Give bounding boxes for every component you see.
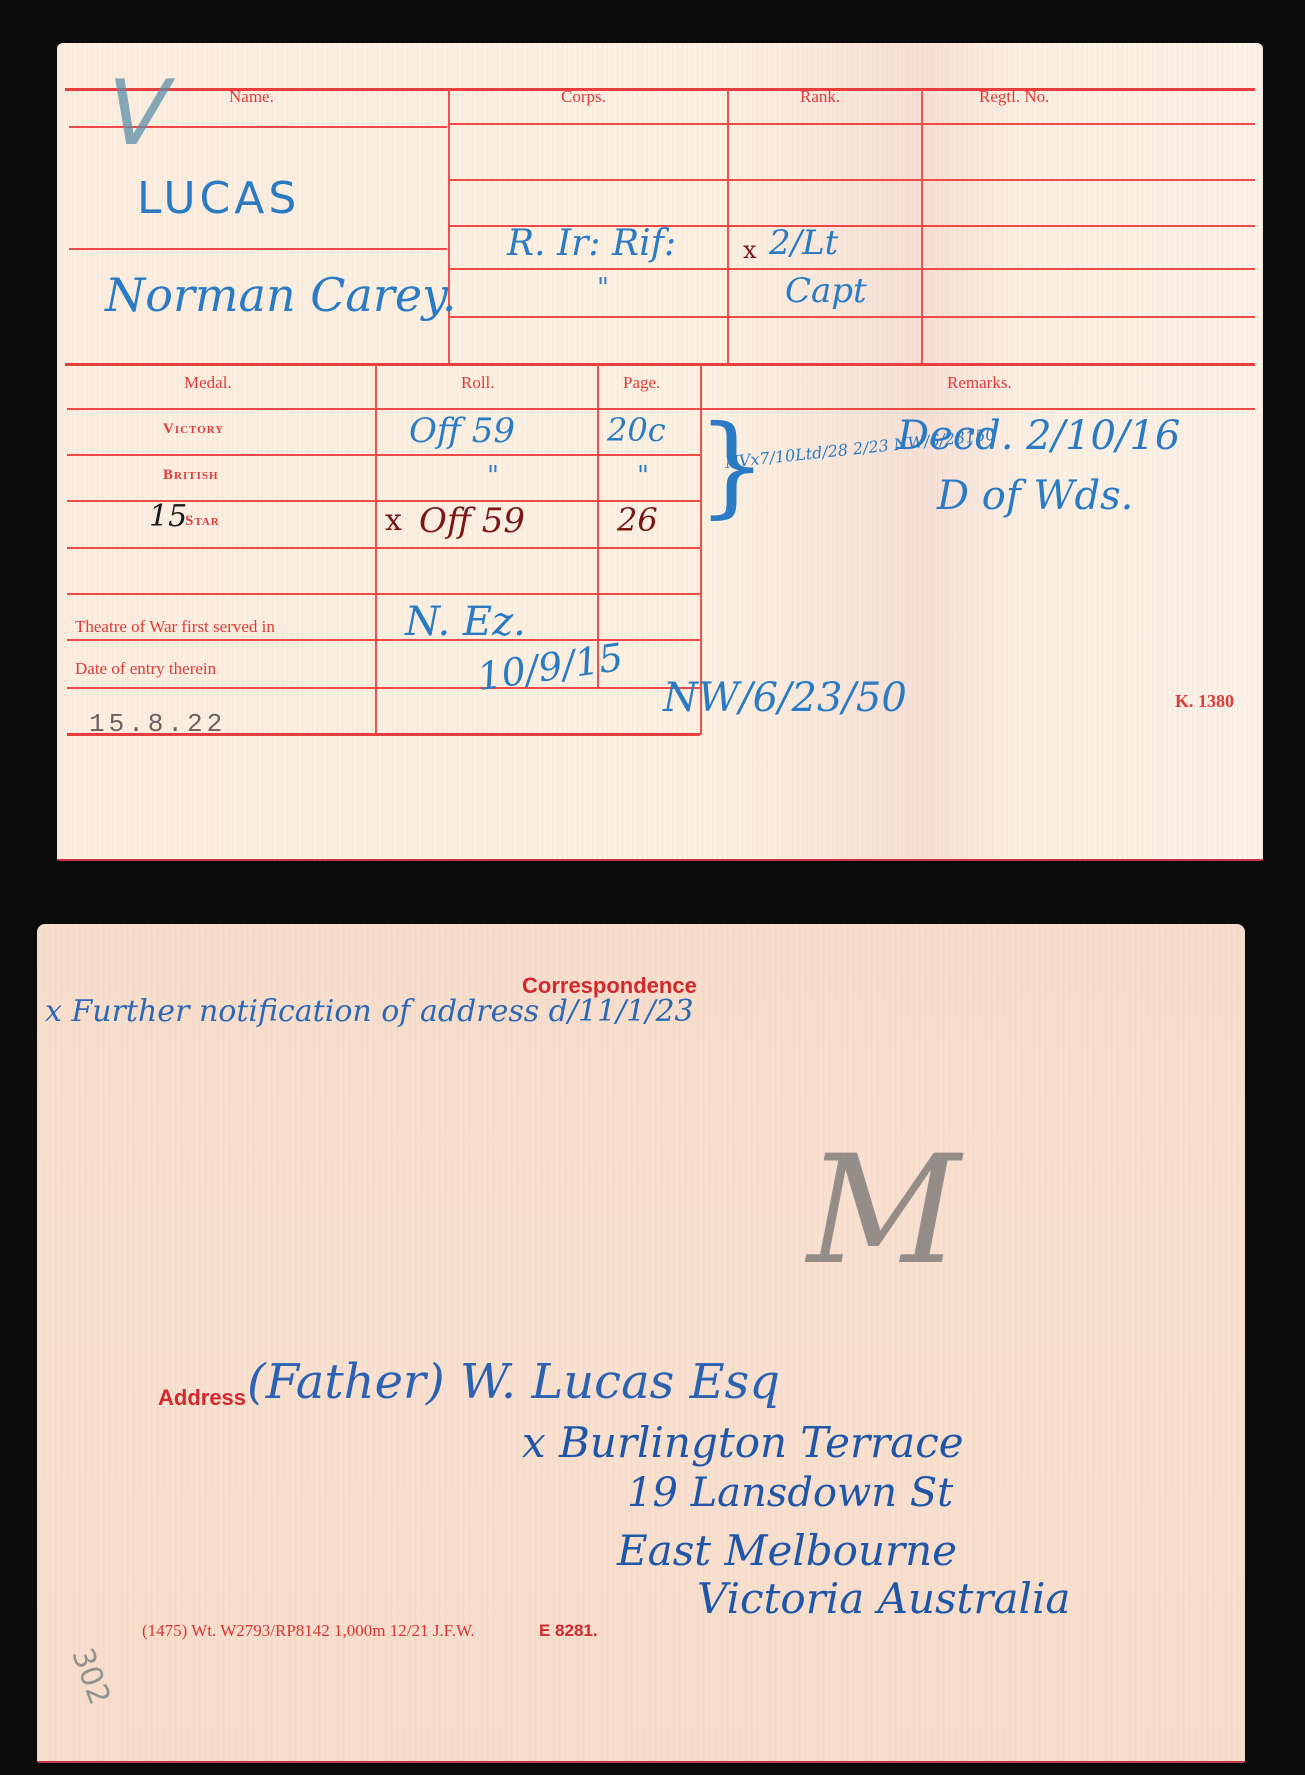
medal-star: Star (185, 513, 220, 530)
medal-star-page: 26 (617, 501, 658, 539)
rule-remarks-1 (702, 408, 1255, 410)
date-stamp: 15.8.22 (89, 709, 226, 739)
divider-corps-rank (727, 89, 729, 365)
pencil-corner-number: 302 (64, 1644, 116, 1710)
theatre-label: Theatre of War first served in (75, 617, 275, 637)
header-name: Name. (229, 87, 274, 107)
header-remarks: Remarks. (947, 373, 1012, 393)
medal-star-prefix: 15 (149, 499, 187, 534)
rank-marker: x (743, 236, 757, 264)
bottom-reference: NW/6/23/50 (663, 675, 907, 721)
rule-medal-5 (67, 593, 700, 595)
address-label: Address (158, 1385, 246, 1411)
address-line-4: East Melbourne (617, 1526, 957, 1575)
medal-british: British (163, 467, 219, 484)
rule-medal-4 (67, 547, 700, 549)
rule-medal-7 (67, 687, 700, 689)
rule-right-4 (450, 268, 1255, 270)
remarks-cause: D of Wds. (937, 473, 1133, 519)
divider-medal-roll (375, 365, 377, 735)
corps-value: R. Ir: Rif: (507, 223, 676, 264)
rule-medal-2 (67, 454, 700, 456)
printer-code: E 8281. (539, 1621, 598, 1641)
rule-right-5 (450, 316, 1255, 318)
rule-header-bottom (65, 363, 1255, 366)
header-corps: Corps. (561, 87, 606, 107)
medal-victory: Victory (163, 421, 224, 438)
header-regtl-no: Regtl. No. (979, 87, 1049, 107)
header-page: Page. (623, 373, 660, 393)
medal-british-roll: " (487, 461, 499, 491)
medal-victory-page: 20c (607, 411, 666, 449)
medal-star-roll: Off 59 (419, 501, 525, 541)
address-line-2: x Burlington Terrace (522, 1418, 964, 1467)
address-line-3: 19 Lansdown St (627, 1470, 953, 1516)
medal-star-roll-marker: x (385, 503, 402, 538)
rule-right-1 (450, 123, 1255, 125)
divider-rank-regtl (921, 89, 923, 365)
rule-name-2 (69, 248, 447, 250)
medal-victory-roll: Off 59 (409, 411, 515, 451)
medal-british-page: " (637, 461, 649, 491)
theatre-value: N. Ez. (405, 599, 526, 645)
forenames: Norman Carey. (105, 268, 457, 322)
medal-index-card-front: Name. Corps. Rank. Regtl. No. V LUCAS No… (57, 43, 1263, 861)
form-number: K. 1380 (1175, 691, 1234, 712)
medal-index-card-back: Correspondence x Further notification of… (37, 924, 1245, 1763)
rank-value-2lt: 2/Lt (769, 223, 838, 263)
header-roll: Roll. (461, 373, 495, 393)
address-line-1: (Father) W. Lucas Esq (247, 1354, 780, 1410)
entry-date-label: Date of entry therein (75, 659, 216, 679)
address-line-5: Victoria Australia (697, 1574, 1070, 1623)
rule-medal-1 (67, 408, 700, 410)
remarks-died: Decd. 2/10/16 (897, 413, 1180, 459)
header-rank: Rank. (800, 87, 840, 107)
divider-name-corps (448, 89, 450, 365)
correspondence-note: x Further notification of address d/11/1… (45, 994, 694, 1029)
printer-imprint: (1475) Wt. W2793/RP8142 1,000m 12/21 J.F… (142, 1621, 475, 1641)
pencil-scribble-mark: M (807, 1124, 961, 1298)
rule-right-2 (450, 179, 1255, 181)
rank-value-capt: Capt (785, 271, 867, 311)
header-medal: Medal. (184, 373, 232, 393)
corps-ditto: " (597, 273, 609, 303)
pencil-check-mark: V (96, 61, 180, 166)
surname: LUCAS (137, 173, 300, 224)
